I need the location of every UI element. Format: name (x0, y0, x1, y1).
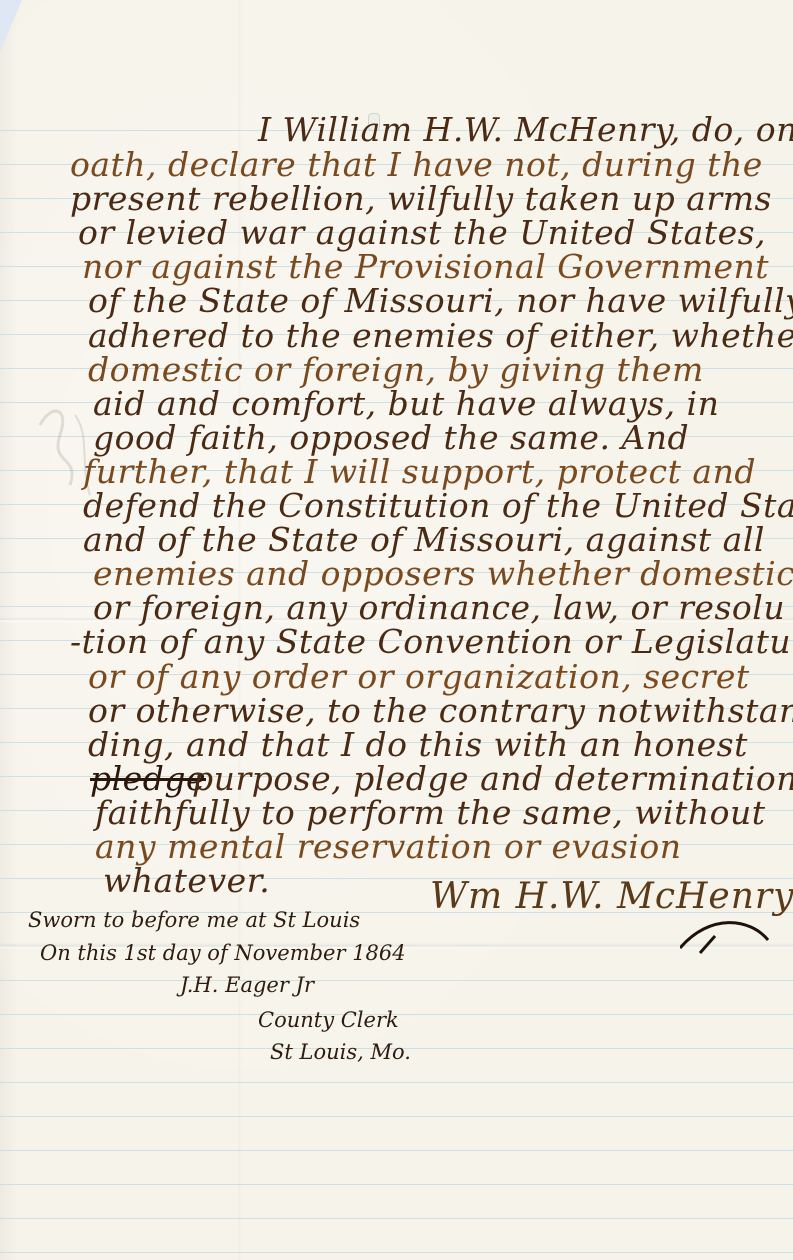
oath-line: or foreign, any ordinance, law, or resol… (93, 591, 785, 624)
oath-line: further, that I will support, protect an… (83, 455, 756, 488)
oath-line: purpose, pledge and determination, (192, 762, 793, 795)
signature-mchenry: Wm H.W. McHenry (430, 876, 793, 917)
oath-line: ding, and that I do this with an honest (88, 728, 748, 761)
notary-line: Sworn to before me at St Louis (28, 910, 360, 931)
oath-line: nor against the Provisional Government (82, 250, 769, 283)
oath-line: defend the Constitution of the United St… (83, 489, 793, 522)
ruled-line (0, 980, 793, 981)
oath-line: any mental reservation or evasion (95, 830, 682, 863)
oath-line: or levied war against the United States, (78, 216, 766, 249)
oath-line: good faith, opposed the same. And (93, 421, 689, 454)
oath-line: adhered to the enemies of either, whethe… (88, 319, 793, 352)
notary-line: J.H. Eager Jr (180, 975, 314, 996)
oath-line: domestic or foreign, by giving them (88, 353, 704, 386)
ruled-line (0, 1252, 793, 1253)
struck-word: pledge (90, 762, 206, 795)
oath-line: aid and comfort, but have always, in (93, 387, 719, 420)
oath-line: or of any order or organization, secret (88, 660, 750, 693)
oath-line: -tion of any State Convention or Legisla… (70, 625, 793, 658)
folded-corner (0, 0, 22, 52)
oath-line: oath, declare that I have not, during th… (70, 148, 763, 181)
notary-line: County Clerk (258, 1010, 399, 1031)
ruled-line (0, 1150, 793, 1151)
ruled-line (0, 1082, 793, 1083)
notary-line: On this 1st day of November 1864 (40, 943, 406, 964)
oath-line: present rebellion, wilfully taken up arm… (70, 182, 772, 215)
oath-line: and of the State of Missouri, against al… (83, 523, 765, 556)
document-page: I William H.W. McHenry, do, onoath, decl… (0, 0, 793, 1260)
oath-line: or otherwise, to the contrary notwithsta… (88, 694, 793, 727)
oath-line: of the State of Missouri, nor have wilfu… (88, 284, 793, 317)
signature-flourish (680, 918, 770, 958)
ruled-line (0, 1116, 793, 1117)
ruled-line (0, 1184, 793, 1185)
oath-line: enemies and opposers whether domestic (93, 557, 793, 590)
notary-line: St Louis, Mo. (270, 1042, 411, 1063)
oath-line: faithfully to perform the same, without (95, 796, 766, 829)
oath-line: whatever. (103, 864, 270, 897)
ruled-line (0, 1218, 793, 1219)
oath-line: I William H.W. McHenry, do, on (258, 113, 793, 146)
